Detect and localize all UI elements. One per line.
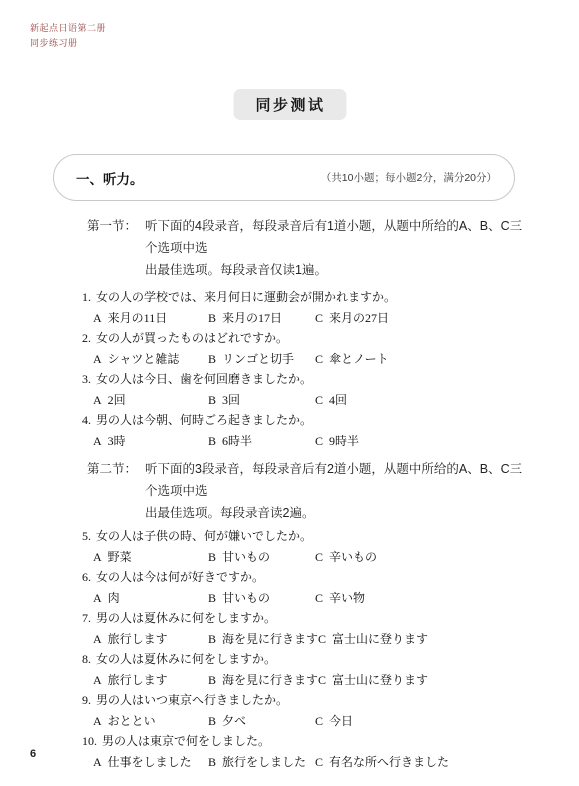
options-row: A旅行しますB海を見に行きますC富士山に登ります bbox=[82, 670, 524, 691]
option-text: 甘いもの bbox=[222, 550, 270, 564]
question-text: 男の人は夏休みに何をしますか。 bbox=[96, 611, 276, 625]
question-number: 9. bbox=[82, 693, 91, 707]
option-item: A仕事をしました bbox=[93, 752, 208, 773]
workbook-page: 新起点日语第二册 同步练习册 同步测试 一、听力。 （共10小题；每小题2分，满… bbox=[0, 0, 579, 786]
option-item: A3時 bbox=[93, 431, 208, 452]
book-title: 同步练习册 bbox=[30, 36, 106, 51]
options-row: A3時B6時半C9時半 bbox=[82, 431, 524, 452]
options-row: AおとといB夕べC今日 bbox=[82, 711, 524, 732]
question-number: 8. bbox=[82, 652, 91, 666]
option-key: A bbox=[93, 591, 102, 605]
question-text: 女の人の学校では、来月何日に運動会が開かれますか。 bbox=[96, 290, 396, 304]
question-number: 6. bbox=[82, 570, 91, 584]
question-item: 9.男の人はいつ東京へ行きましたか。AおとといB夕べC今日 bbox=[82, 690, 524, 731]
option-key: A bbox=[93, 352, 102, 366]
option-item: B来月の17日 bbox=[208, 308, 315, 329]
option-text: 旅行します bbox=[108, 632, 168, 646]
option-item: B3回 bbox=[208, 390, 315, 411]
question-line: 2.女の人が買ったものはどれですか。 bbox=[82, 328, 524, 349]
option-text: 3回 bbox=[222, 393, 240, 407]
option-item: Aおととい bbox=[93, 711, 208, 732]
part1-label: 第一节： bbox=[87, 215, 137, 237]
instruction-line: 听下面的4段录音，每段录音后有1道小题，从题中所给的A、B、C三个选项中选 bbox=[145, 215, 524, 259]
option-text: 4回 bbox=[329, 393, 347, 407]
question-text: 男の人は今朝、何時ごろ起きましたか。 bbox=[96, 413, 312, 427]
section-title: 一、听力。 bbox=[76, 168, 144, 188]
question-item: 1.女の人の学校では、来月何日に運動会が開かれますか。A来月の11日B来月の17… bbox=[82, 287, 524, 328]
option-text: 夕べ bbox=[222, 714, 246, 728]
option-key: A bbox=[93, 393, 102, 407]
instruction-line: 听下面的3段录音，每段录音后有2道小题，从题中所给的A、B、C三个选项中选 bbox=[145, 458, 524, 502]
option-text: 旅行します bbox=[108, 673, 168, 687]
question-text: 男の人は東京で何をしました。 bbox=[102, 734, 270, 748]
option-text: 有名な所へ行きました bbox=[329, 755, 449, 769]
question-text: 女の人は今は何が好きですか。 bbox=[96, 570, 264, 584]
option-key: A bbox=[93, 714, 102, 728]
question-item: 3.女の人は今日、歯を何回磨きましたか。A2回B3回C4回 bbox=[82, 369, 524, 410]
question-text: 女の人が買ったものはどれですか。 bbox=[96, 331, 288, 345]
option-item: A2回 bbox=[93, 390, 208, 411]
question-line: 1.女の人の学校では、来月何日に運動会が開かれますか。 bbox=[82, 287, 524, 308]
part2-question-list: 5.女の人は子供の時、何が嫌いでしたか。A野菜B甘いものC辛いもの6.女の人は今… bbox=[82, 526, 524, 772]
option-text: 3時 bbox=[108, 434, 126, 448]
option-item: C辛いもの bbox=[315, 547, 377, 568]
test-content: 第一节： 听下面的4段录音，每段录音后有1道小题，从题中所给的A、B、C三个选项… bbox=[82, 215, 524, 772]
option-key: C bbox=[315, 352, 323, 366]
question-line: 3.女の人は今日、歯を何回磨きましたか。 bbox=[82, 369, 524, 390]
question-item: 6.女の人は今は何が好きですか。A肉B甘いものC辛い物 bbox=[82, 567, 524, 608]
options-row: A野菜B甘いものC辛いもの bbox=[82, 547, 524, 568]
option-text: 富士山に登ります bbox=[332, 673, 428, 687]
option-key: A bbox=[93, 673, 102, 687]
question-line: 10.男の人は東京で何をしました。 bbox=[82, 731, 524, 752]
test-banner: 同步测试 bbox=[233, 89, 346, 120]
listening-section-box: 一、听力。 （共10小题；每小题2分，满分20分） bbox=[53, 154, 515, 201]
option-key: B bbox=[208, 352, 216, 366]
question-number: 5. bbox=[82, 529, 91, 543]
option-item: A旅行します bbox=[93, 670, 208, 691]
option-item: B6時半 bbox=[208, 431, 315, 452]
question-item: 5.女の人は子供の時、何が嫌いでしたか。A野菜B甘いものC辛いもの bbox=[82, 526, 524, 567]
options-row: A2回B3回C4回 bbox=[82, 390, 524, 411]
test-banner-label: 同步测试 bbox=[255, 94, 325, 115]
option-text: リンゴと切手 bbox=[222, 352, 294, 366]
option-text: 辛いもの bbox=[329, 550, 377, 564]
option-text: 甘いもの bbox=[222, 591, 270, 605]
option-text: 肉 bbox=[108, 591, 120, 605]
options-row: A来月の11日B来月の17日C来月の27日 bbox=[82, 308, 524, 329]
question-item: 8.女の人は夏休みに何をしますか。A旅行しますB海を見に行きますC富士山に登りま… bbox=[82, 649, 524, 690]
part1-instruction: 第一节： 听下面的4段录音，每段录音后有1道小题，从题中所给的A、B、C三个选项… bbox=[82, 215, 524, 281]
option-text: 仕事をしました bbox=[108, 755, 192, 769]
option-text: 今日 bbox=[329, 714, 353, 728]
question-number: 1. bbox=[82, 290, 91, 304]
option-text: 野菜 bbox=[108, 550, 132, 564]
question-item: 4.男の人は今朝、何時ごろ起きましたか。A3時B6時半C9時半 bbox=[82, 410, 524, 451]
option-key: A bbox=[93, 434, 102, 448]
option-item: Aシャツと雑誌 bbox=[93, 349, 208, 370]
option-item: B甘いもの bbox=[208, 588, 315, 609]
option-text: 旅行をしました bbox=[222, 755, 306, 769]
option-key: C bbox=[315, 714, 323, 728]
option-item: C4回 bbox=[315, 390, 347, 411]
option-item: C辛い物 bbox=[315, 588, 365, 609]
option-item: A来月の11日 bbox=[93, 308, 208, 329]
option-item: B甘いもの bbox=[208, 547, 315, 568]
option-text: 海を見に行きます bbox=[222, 673, 318, 687]
option-text: 来月の27日 bbox=[329, 311, 389, 325]
question-item: 7.男の人は夏休みに何をしますか。A旅行しますB海を見に行きますC富士山に登りま… bbox=[82, 608, 524, 649]
option-key: B bbox=[208, 673, 216, 687]
option-key: C bbox=[318, 632, 326, 646]
instruction-line: 出最佳选项。每段录音读2遍。 bbox=[145, 502, 524, 524]
option-key: B bbox=[208, 311, 216, 325]
options-row: A仕事をしましたB旅行をしましたC有名な所へ行きました bbox=[82, 752, 524, 773]
option-text: 2回 bbox=[108, 393, 126, 407]
options-row: A肉B甘いものC辛い物 bbox=[82, 588, 524, 609]
option-item: C富士山に登ります bbox=[318, 629, 428, 650]
option-item: B旅行をしました bbox=[208, 752, 315, 773]
page-number: 6 bbox=[30, 748, 36, 760]
option-key: C bbox=[315, 393, 323, 407]
option-key: B bbox=[208, 632, 216, 646]
option-key: A bbox=[93, 311, 102, 325]
option-item: Bリンゴと切手 bbox=[208, 349, 315, 370]
option-text: 傘とノート bbox=[329, 352, 389, 366]
option-key: C bbox=[315, 434, 323, 448]
book-header: 新起点日语第二册 同步练习册 bbox=[30, 21, 106, 51]
option-text: 海を見に行きます bbox=[222, 632, 318, 646]
part2-instruction: 第二节： 听下面的3段录音，每段录音后有2道小题，从题中所给的A、B、C三个选项… bbox=[82, 458, 524, 524]
option-item: A肉 bbox=[93, 588, 208, 609]
option-item: A旅行します bbox=[93, 629, 208, 650]
question-line: 9.男の人はいつ東京へ行きましたか。 bbox=[82, 690, 524, 711]
option-key: B bbox=[208, 434, 216, 448]
option-item: B夕べ bbox=[208, 711, 315, 732]
option-item: C有名な所へ行きました bbox=[315, 752, 449, 773]
question-number: 2. bbox=[82, 331, 91, 345]
option-item: C傘とノート bbox=[315, 349, 389, 370]
option-key: A bbox=[93, 755, 102, 769]
option-key: B bbox=[208, 714, 216, 728]
option-item: B海を見に行きます bbox=[208, 670, 318, 691]
option-text: 来月の11日 bbox=[108, 311, 168, 325]
option-text: 来月の17日 bbox=[222, 311, 282, 325]
question-line: 6.女の人は今は何が好きですか。 bbox=[82, 567, 524, 588]
option-key: B bbox=[208, 755, 216, 769]
option-item: C今日 bbox=[315, 711, 353, 732]
question-line: 4.男の人は今朝、何時ごろ起きましたか。 bbox=[82, 410, 524, 431]
option-key: C bbox=[315, 550, 323, 564]
option-item: C9時半 bbox=[315, 431, 359, 452]
option-text: 富士山に登ります bbox=[332, 632, 428, 646]
series-title: 新起点日语第二册 bbox=[30, 21, 106, 36]
option-key: C bbox=[315, 591, 323, 605]
option-key: B bbox=[208, 550, 216, 564]
option-text: シャツと雑誌 bbox=[108, 352, 180, 366]
option-key: C bbox=[318, 673, 326, 687]
option-text: 9時半 bbox=[329, 434, 359, 448]
question-number: 3. bbox=[82, 372, 91, 386]
question-item: 2.女の人が買ったものはどれですか。Aシャツと雑誌Bリンゴと切手C傘とノート bbox=[82, 328, 524, 369]
question-line: 5.女の人は子供の時、何が嫌いでしたか。 bbox=[82, 526, 524, 547]
option-item: C富士山に登ります bbox=[318, 670, 428, 691]
option-key: A bbox=[93, 550, 102, 564]
options-row: Aシャツと雑誌Bリンゴと切手C傘とノート bbox=[82, 349, 524, 370]
option-item: C来月の27日 bbox=[315, 308, 389, 329]
question-text: 男の人はいつ東京へ行きましたか。 bbox=[96, 693, 288, 707]
section-score-note: （共10小题；每小题2分，满分20分） bbox=[321, 170, 497, 185]
option-key: B bbox=[208, 393, 216, 407]
question-text: 女の人は夏休みに何をしますか。 bbox=[96, 652, 276, 666]
question-line: 8.女の人は夏休みに何をしますか。 bbox=[82, 649, 524, 670]
option-item: A野菜 bbox=[93, 547, 208, 568]
option-text: 6時半 bbox=[222, 434, 252, 448]
instruction-line: 出最佳选项。每段录音仅读1遍。 bbox=[145, 259, 524, 281]
option-key: A bbox=[93, 632, 102, 646]
option-text: 辛い物 bbox=[329, 591, 365, 605]
option-text: おととい bbox=[108, 714, 156, 728]
option-item: B海を見に行きます bbox=[208, 629, 318, 650]
question-number: 7. bbox=[82, 611, 91, 625]
question-text: 女の人は今日、歯を何回磨きましたか。 bbox=[96, 372, 312, 386]
question-text: 女の人は子供の時、何が嫌いでしたか。 bbox=[96, 529, 312, 543]
option-key: B bbox=[208, 591, 216, 605]
question-number: 4. bbox=[82, 413, 91, 427]
question-number: 10. bbox=[82, 734, 97, 748]
options-row: A旅行しますB海を見に行きますC富士山に登ります bbox=[82, 629, 524, 650]
question-line: 7.男の人は夏休みに何をしますか。 bbox=[82, 608, 524, 629]
option-key: C bbox=[315, 755, 323, 769]
option-key: C bbox=[315, 311, 323, 325]
part2-label: 第二节： bbox=[87, 458, 137, 480]
part1-question-list: 1.女の人の学校では、来月何日に運動会が開かれますか。A来月の11日B来月の17… bbox=[82, 287, 524, 451]
question-item: 10.男の人は東京で何をしました。A仕事をしましたB旅行をしましたC有名な所へ行… bbox=[82, 731, 524, 772]
